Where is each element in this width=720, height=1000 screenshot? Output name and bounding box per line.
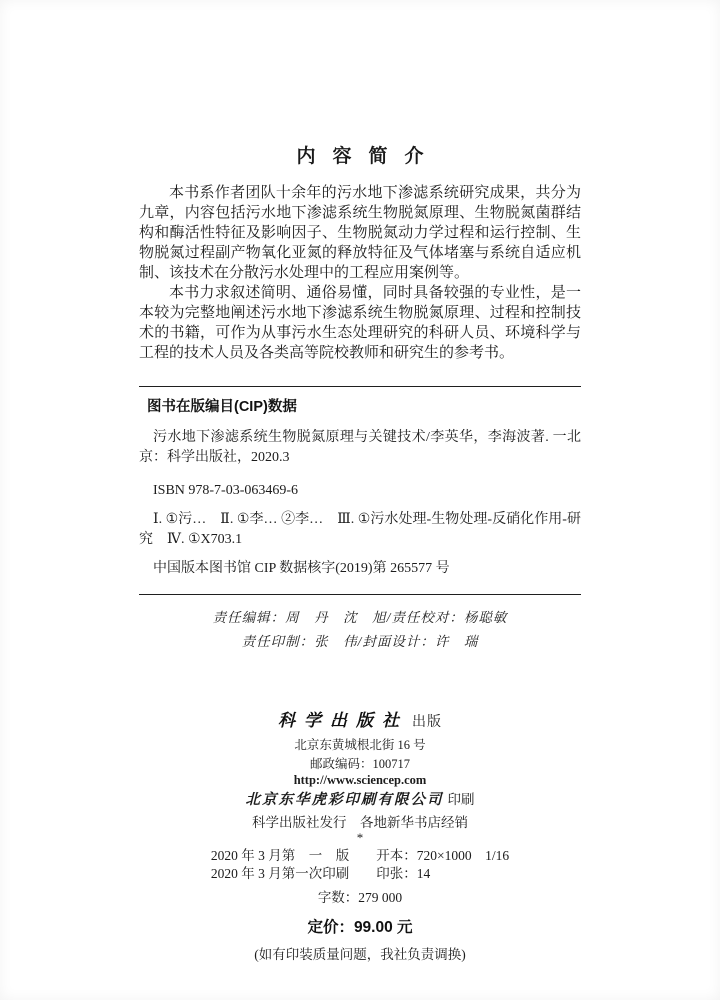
edition-line: 2020 年 3 月第 一 版 开本：720×1000 1/16 bbox=[211, 847, 509, 865]
book-summary: 本书系作者团队十余年的污水地下渗滤系统研究成果，共分为九章，内容包括污水地下渗滤… bbox=[139, 183, 581, 363]
publisher-name: 科学出版社 bbox=[278, 711, 408, 730]
print-info-block: 2020 年 3 月第 一 版 开本：720×1000 1/16 2020 年 … bbox=[211, 847, 509, 882]
printer-name: 北京东华虎彩印刷有限公司 bbox=[246, 792, 444, 808]
price: 定价：99.00 元 bbox=[139, 915, 581, 937]
printer-suffix: 印刷 bbox=[448, 792, 475, 807]
cip-divider-bottom bbox=[139, 594, 581, 595]
cip-heading: 图书在版编目(CIP)数据 bbox=[139, 397, 581, 417]
summary-paragraph-1: 本书系作者团队十余年的污水地下渗滤系统研究成果，共分为九章，内容包括污水地下渗滤… bbox=[139, 183, 581, 283]
credits-line-print-design: 责任印制：张 伟/封面设计：许 瑞 bbox=[139, 630, 581, 654]
cip-entry: 污水地下渗滤系统生物脱氮原理与关键技术/李英华，李海波著. 一北京：科学出版社，… bbox=[139, 428, 581, 468]
cip-record-number: 中国版本图书馆 CIP 数据核字(2019)第 265577 号 bbox=[139, 559, 581, 579]
publisher-postcode: 邮政编码：100717 bbox=[139, 756, 581, 772]
cip-divider-top bbox=[139, 386, 581, 387]
publisher-name-suffix: 出版 bbox=[412, 715, 442, 730]
separator-asterisk: * bbox=[139, 832, 581, 844]
publisher-block: 科学出版社 出版 北京东黄城根北街 16 号 邮政编码：100717 http:… bbox=[139, 710, 581, 844]
printer-line: 北京东华虎彩印刷有限公司 印刷 bbox=[139, 790, 581, 810]
credits-line-editors: 责任编辑：周 丹 沈 旭/责任校对：杨聪敏 bbox=[139, 606, 581, 630]
cip-block: 图书在版编目(CIP)数据 污水地下渗滤系统生物脱氮原理与关键技术/李英华，李海… bbox=[139, 397, 581, 579]
content-column: 内容简介 本书系作者团队十余年的污水地下渗滤系统研究成果，共分为九章，内容包括污… bbox=[139, 0, 581, 963]
word-count: 字数：279 000 bbox=[139, 886, 581, 906]
quality-note: (如有印装质量问题，我社负责调换) bbox=[139, 943, 581, 963]
summary-paragraph-2: 本书力求叙述简明、通俗易懂，同时具备较强的专业性，是一本较为完整地阐述污水地下渗… bbox=[139, 283, 581, 363]
staff-credits: 责任编辑：周 丹 沈 旭/责任校对：杨聪敏 责任印制：张 伟/封面设计：许 瑞 bbox=[139, 606, 581, 654]
impression-line: 2020 年 3 月第一次印刷 印张：14 bbox=[211, 865, 509, 883]
cip-classification: Ⅰ. ①污… Ⅱ. ①李… ②李… Ⅲ. ①污水处理-生物处理-反硝化作用-研究… bbox=[139, 510, 581, 550]
cip-isbn: ISBN 978-7-03-063469-6 bbox=[139, 481, 581, 501]
publisher-website: http://www.sciencep.com bbox=[139, 773, 581, 788]
publisher-address: 北京东黄城根北街 16 号 bbox=[139, 737, 581, 753]
publisher-name-line: 科学出版社 出版 bbox=[139, 710, 581, 734]
section-title: 内容简介 bbox=[139, 141, 581, 168]
copyright-page: 内容简介 本书系作者团队十余年的污水地下渗滤系统研究成果，共分为九章，内容包括污… bbox=[0, 0, 720, 1000]
